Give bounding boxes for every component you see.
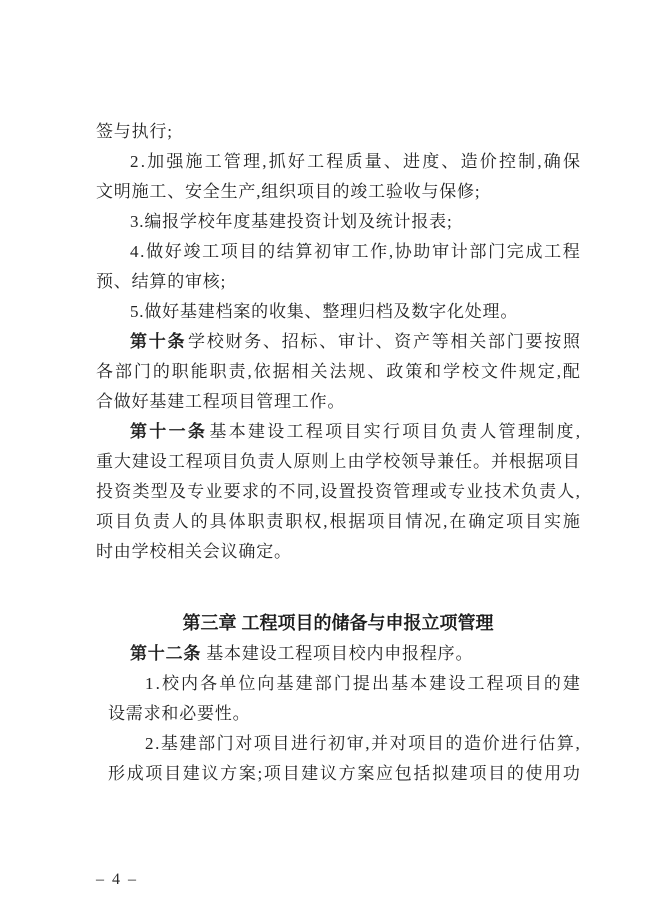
- text-line: 第十一条 基本建设工程项目实行项目负责人管理制度,: [96, 417, 580, 447]
- page-number: – 4 –: [96, 868, 138, 892]
- text-line: 设需求和必要性。: [96, 699, 580, 729]
- text-line: 5.做好基建档案的收集、整理归档及数字化处理。: [96, 297, 580, 327]
- text-line: 形成项目建议方案;项目建议方案应包括拟建项目的使用功: [96, 759, 580, 789]
- text-line: 预、结算的审核;: [96, 267, 580, 297]
- text-line: 投资类型及专业要求的不同,设置投资管理或专业技术负责人,: [96, 477, 580, 507]
- text-line: 文明施工、安全生产,组织项目的竣工验收与保修;: [96, 177, 580, 207]
- document-page: 签与执行;2.加强施工管理,抓好工程质量、进度、造价控制,确保文明施工、安全生产…: [0, 0, 656, 913]
- text-line: 2.加强施工管理,抓好工程质量、进度、造价控制,确保: [96, 147, 580, 177]
- text-line: 1.校内各单位向基建部门提出基本建设工程项目的建: [96, 669, 580, 699]
- chapter-heading: 第三章 工程项目的储备与申报立项管理: [96, 607, 580, 639]
- text-line: 第十二条 基本建设工程项目校内申报程序。: [96, 639, 580, 669]
- text-line: 项目负责人的具体职责职权,根据项目情况,在确定项目实施: [96, 507, 580, 537]
- text-line: 签与执行;: [96, 117, 580, 147]
- text-line: 重大建设工程项目负责人原则上由学校领导兼任。并根据项目: [96, 447, 580, 477]
- text-line: 合做好基建工程项目管理工作。: [96, 387, 580, 417]
- text-line: 2.基建部门对项目进行初审,并对项目的造价进行估算,: [96, 729, 580, 759]
- text-line: 各部门的职能职责,依据相关法规、政策和学校文件规定,配: [96, 357, 580, 387]
- text-line: 4.做好竣工项目的结算初审工作,协助审计部门完成工程: [96, 237, 580, 267]
- document-body: 签与执行;2.加强施工管理,抓好工程质量、进度、造价控制,确保文明施工、安全生产…: [96, 117, 580, 789]
- text-line: 第十条 学校财务、招标、审计、资产等相关部门要按照: [96, 327, 580, 357]
- text-line: 时由学校相关会议确定。: [96, 537, 580, 567]
- text-line: 3.编报学校年度基建投资计划及统计报表;: [96, 207, 580, 237]
